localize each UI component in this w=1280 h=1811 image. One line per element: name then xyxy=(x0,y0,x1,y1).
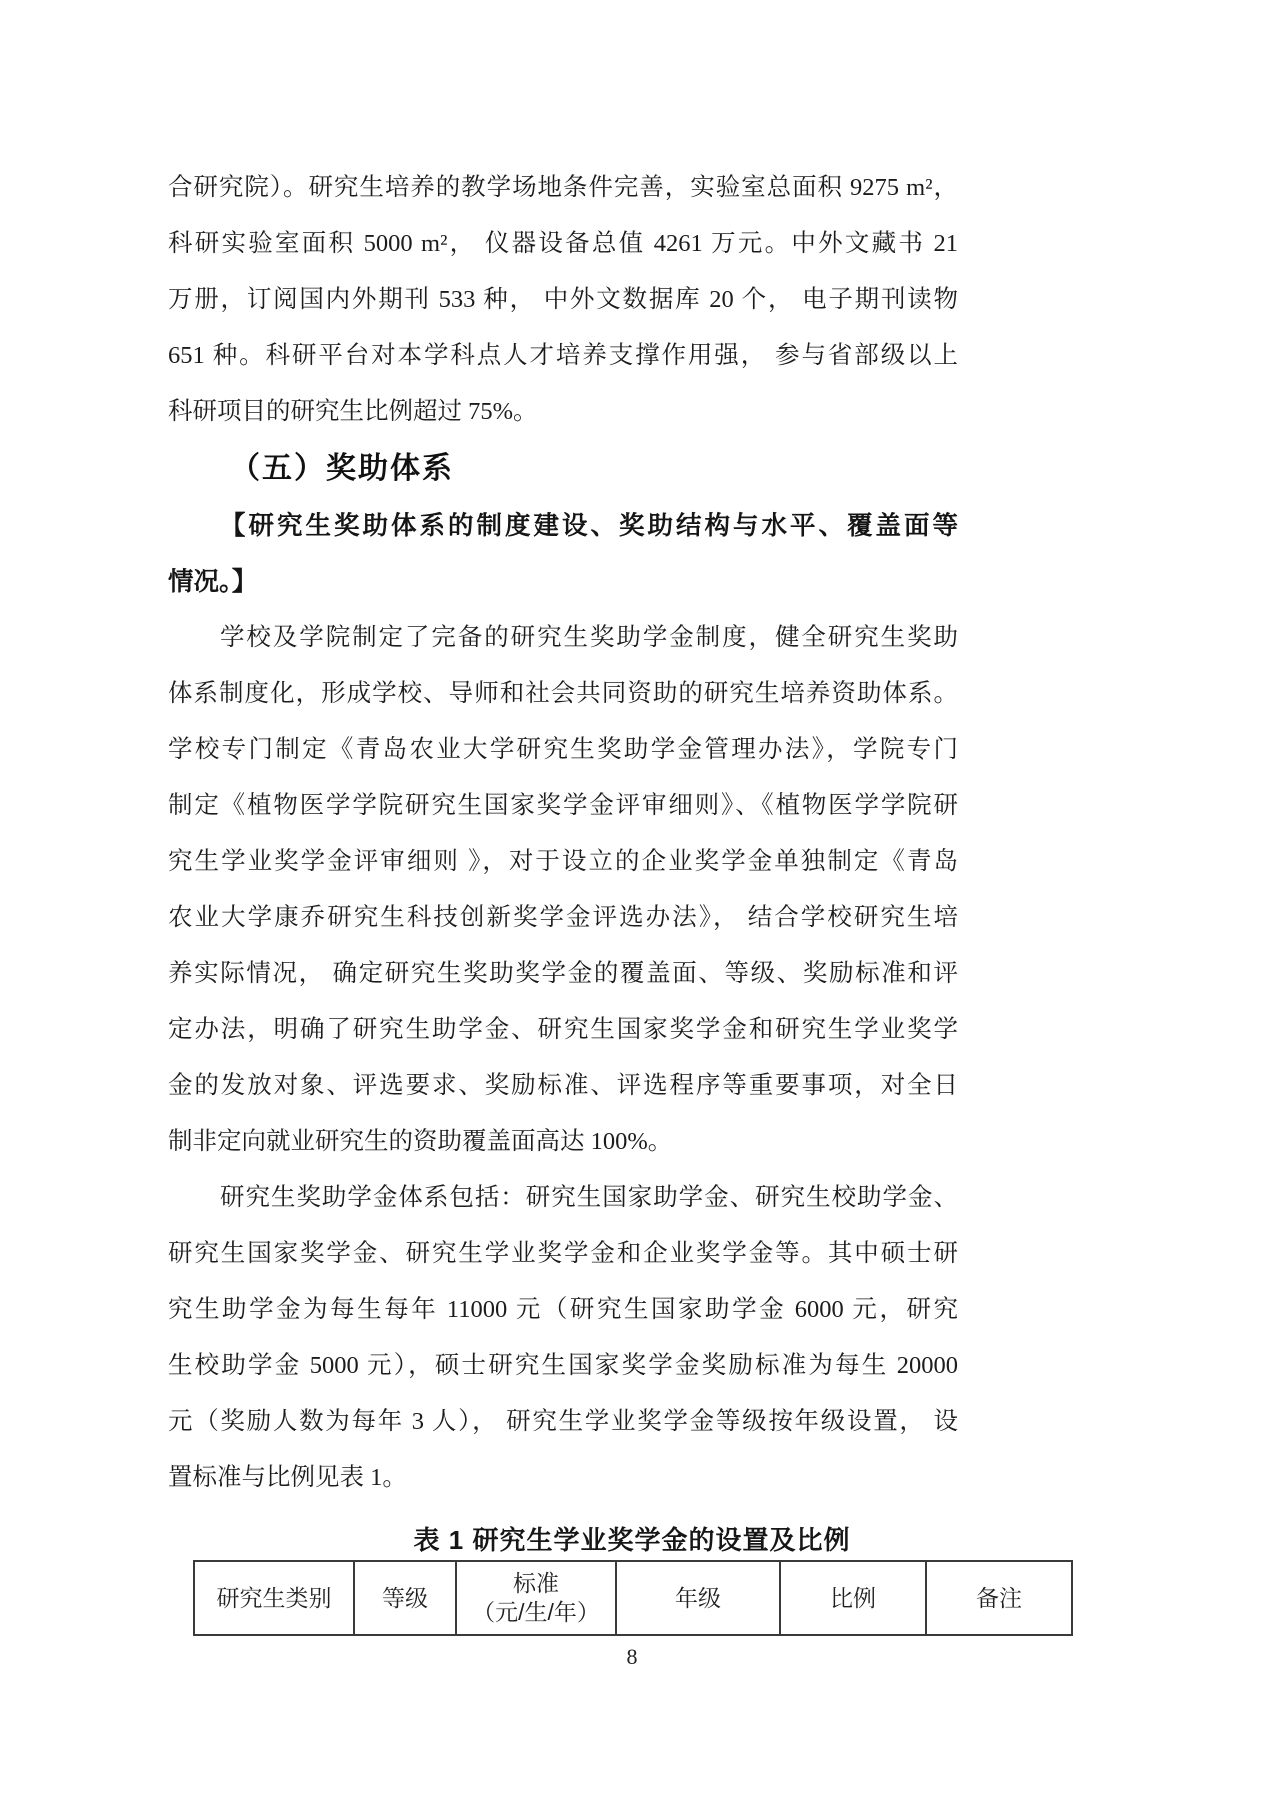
table-header-cell-category: 研究生类别 xyxy=(195,1562,353,1634)
body-text-line: 养实际情况， 确定研究生奖助奖学金的覆盖面、等级、奖励标准和评 xyxy=(168,946,958,1002)
body-text-line: 定办法，明确了研究生助学金、研究生国家奖学金和研究生学业奖学 xyxy=(168,1002,958,1058)
table-header-label: 备注 xyxy=(976,1584,1022,1613)
body-text-line: 651 种。科研平台对本学科点人才培养支撑作用强， 参与省部级以上 xyxy=(168,328,958,384)
table-header-label: 年级 xyxy=(675,1584,721,1613)
body-text-line: 体系制度化，形成学校、导师和社会共同资助的研究生培养资助体系。 xyxy=(168,666,958,722)
page-number: 8 xyxy=(0,1644,1264,1670)
section-heading: （五）奖助体系 xyxy=(168,440,958,498)
text-block: 合研究院）。研究生培养的教学场地条件完善，实验室总面积 9275 m²， 科研实… xyxy=(168,160,958,1506)
table-header-label: 等级 xyxy=(382,1584,428,1613)
body-text-line: 究生学业奖学金评审细则 》，对于设立的企业奖学金单独制定《青岛 xyxy=(168,834,958,890)
table-header-cell-level: 等级 xyxy=(353,1562,455,1634)
table-header-label: 标准 xyxy=(513,1569,559,1598)
body-text-line: 元（奖励人数为每年 3 人）， 研究生学业奖学金等级按年级设置， 设 xyxy=(168,1394,958,1450)
body-text-line: 合研究院）。研究生培养的教学场地条件完善，实验室总面积 9275 m²， xyxy=(168,160,958,216)
body-text-line: 科研实验室面积 5000 m²， 仪器设备总值 4261 万元。中外文藏书 21 xyxy=(168,216,958,272)
body-text-line: 生校助学金 5000 元），硕士研究生国家奖学金奖励标准为每生 20000 xyxy=(168,1338,958,1394)
document-page: 合研究院）。研究生培养的教学场地条件完善，实验室总面积 9275 m²， 科研实… xyxy=(0,0,1280,1811)
body-text-line: 研究生奖助学金体系包括：研究生国家助学金、研究生校助学金、 xyxy=(168,1170,958,1226)
body-text-line: 金的发放对象、评选要求、奖励标准、评选程序等重要事项，对全日 xyxy=(168,1058,958,1114)
body-text-line: 农业大学康乔研究生科技创新奖学金评选办法》， 结合学校研究生培 xyxy=(168,890,958,946)
table-header-cell-standard: 标准 （元/生/年） xyxy=(455,1562,615,1634)
table-header-cell-grade: 年级 xyxy=(615,1562,779,1634)
body-text-line: 研究生国家奖学金、研究生学业奖学金和企业奖学金等。其中硕士研 xyxy=(168,1226,958,1282)
guideline-note-line: 情况。】 xyxy=(168,554,958,610)
table-header-cell-ratio: 比例 xyxy=(779,1562,925,1634)
body-text-line: 制非定向就业研究生的资助覆盖面高达 100%。 xyxy=(168,1114,958,1170)
body-text-line: 科研项目的研究生比例超过 75%。 xyxy=(168,384,958,440)
body-text-line: 究生助学金为每生每年 11000 元（研究生国家助学金 6000 元，研究 xyxy=(168,1282,958,1338)
table-header-sublabel: （元/生/年） xyxy=(472,1598,600,1627)
body-text-line: 万册，订阅国内外期刊 533 种， 中外文数据库 20 个， 电子期刊读物 xyxy=(168,272,958,328)
table-header-label: 研究生类别 xyxy=(217,1584,332,1613)
table-caption: 表 1 研究生学业奖学金的设置及比例 xyxy=(193,1520,1071,1557)
guideline-note-line: 【研究生奖助体系的制度建设、奖助结构与水平、覆盖面等 xyxy=(168,498,958,554)
body-text-line: 制定《植物医学学院研究生国家奖学金评审细则》、《植物医学学院研 xyxy=(168,778,958,834)
table-header-label: 比例 xyxy=(830,1584,876,1613)
body-text-line: 置标准与比例见表 1。 xyxy=(168,1450,958,1506)
scholarship-table: 研究生类别 等级 标准 （元/生/年） 年级 比例 备注 xyxy=(193,1560,1073,1636)
body-text-line: 学校及学院制定了完备的研究生奖助学金制度，健全研究生奖助 xyxy=(168,610,958,666)
table-header-cell-remark: 备注 xyxy=(925,1562,1071,1634)
body-text-line: 学校专门制定《青岛农业大学研究生奖助学金管理办法》，学院专门 xyxy=(168,722,958,778)
